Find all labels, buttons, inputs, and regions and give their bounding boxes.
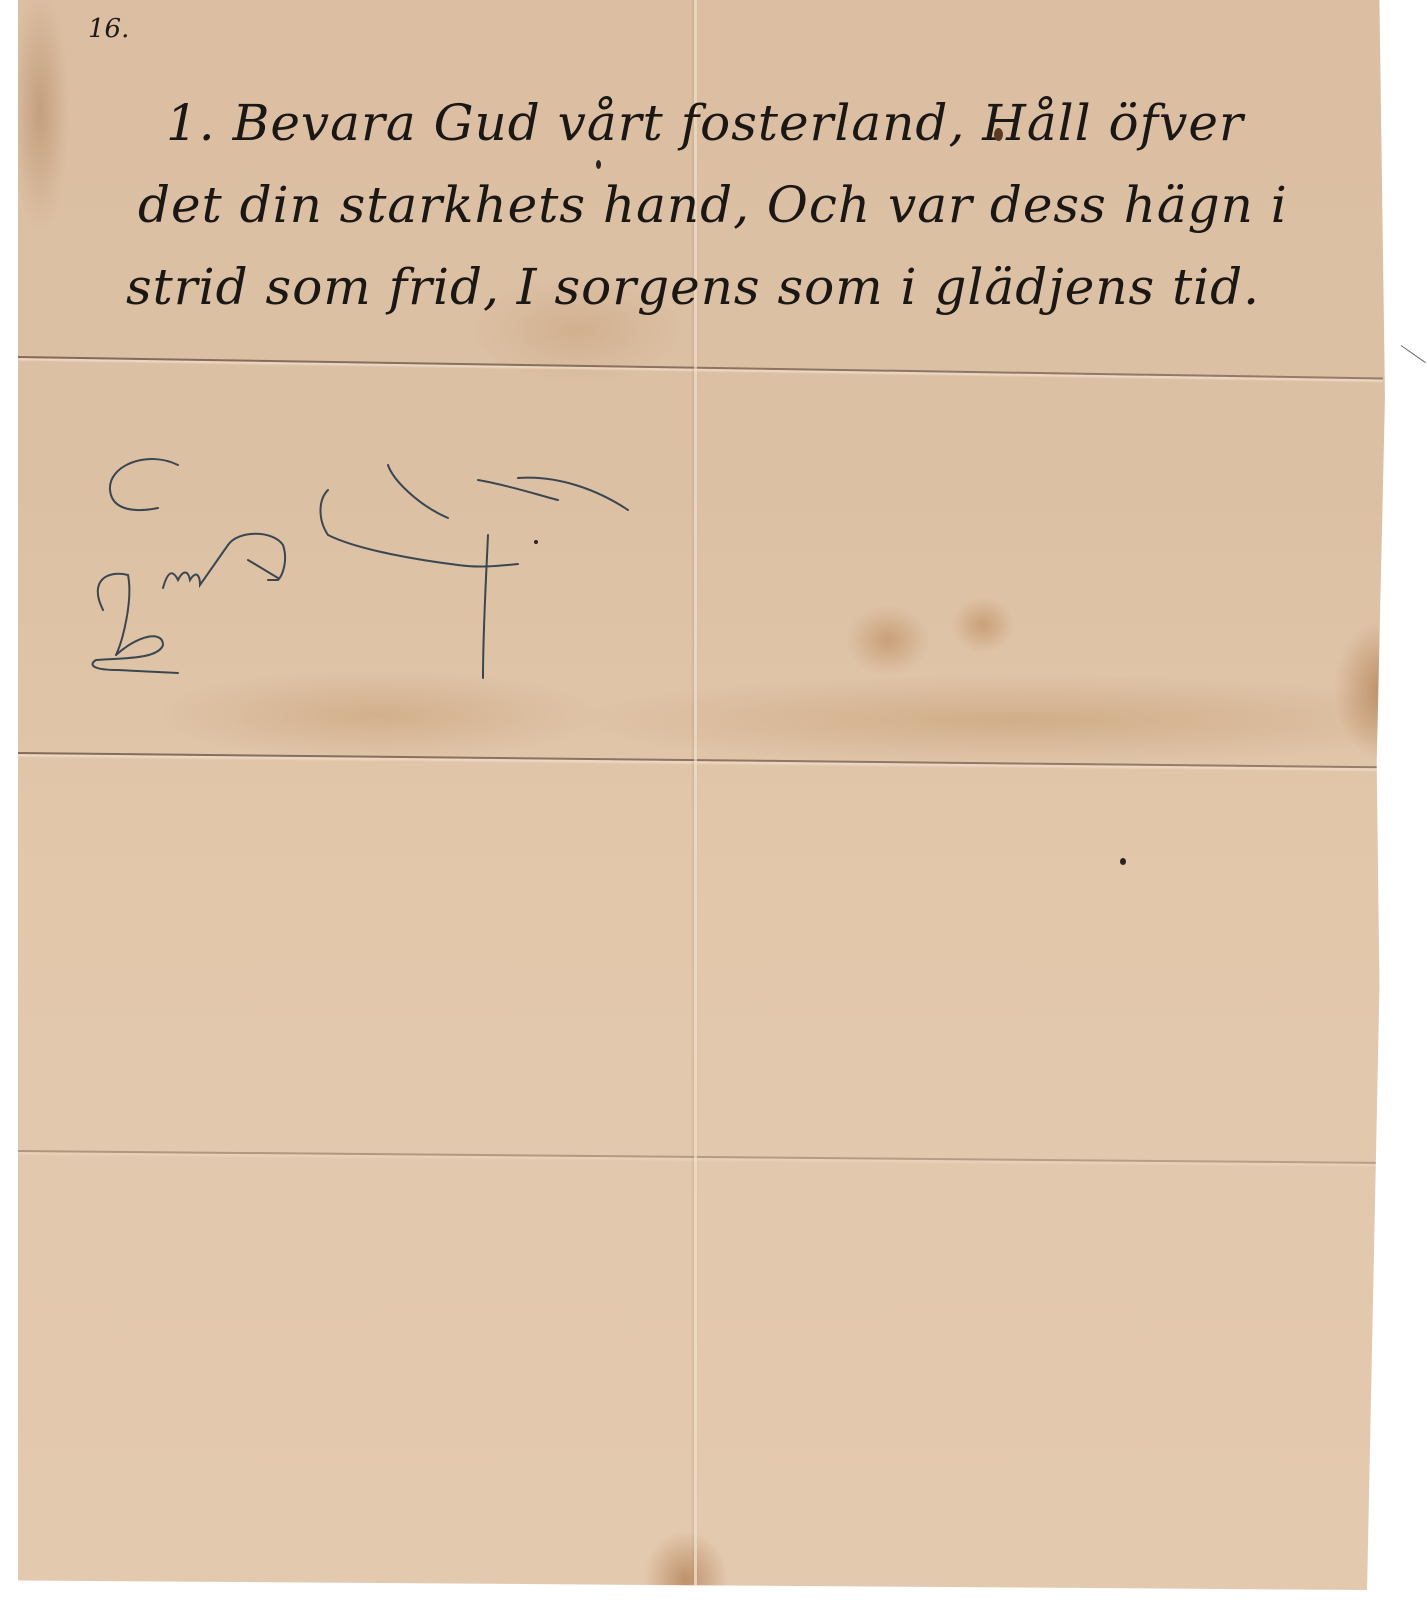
fold-line-middle bbox=[18, 752, 1383, 768]
verse-line-3: strid som frid, I sorgens som i glädjens… bbox=[126, 246, 1306, 328]
fold-line-top bbox=[18, 356, 1383, 379]
ink-blot bbox=[994, 128, 1003, 141]
fold-line-lower bbox=[18, 1150, 1378, 1164]
ink-speck bbox=[596, 160, 601, 169]
document-sheet: 16. 1. Bevara Gud vårt fosterland, Håll … bbox=[18, 0, 1396, 1590]
page-number: 16. bbox=[88, 14, 129, 44]
verse-line-2: det din starkhets hand, Och var dess häg… bbox=[126, 164, 1306, 246]
ink-speck bbox=[1120, 858, 1126, 865]
pencil-doodle bbox=[78, 420, 678, 700]
verse-text: 1. Bevara Gud vårt fosterland, Håll öfve… bbox=[126, 82, 1306, 328]
verse-line-1: 1. Bevara Gud vårt fosterland, Håll öfve… bbox=[126, 82, 1306, 164]
ink-speck bbox=[534, 540, 538, 544]
scan-artifact bbox=[1401, 345, 1426, 363]
